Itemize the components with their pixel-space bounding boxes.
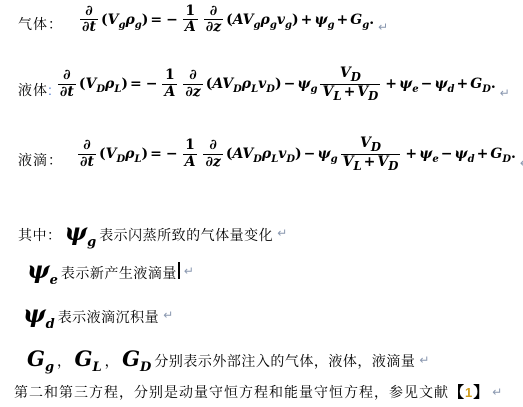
equation-label-liquid: 液体: [18, 80, 53, 102]
fraction-denominator: ∂z [183, 84, 202, 100]
math-subscript-glyph: L [333, 88, 341, 102]
equation-run: (Vgρg)=− [101, 12, 180, 28]
math-subscript: g [270, 20, 277, 31]
fraction: 1A [162, 68, 177, 100]
fraction-numerator: VD [338, 66, 363, 84]
paragraph-mark-icon: ↵ [419, 353, 429, 367]
math-subscript: D [502, 154, 511, 165]
fraction-numerator: ∂ [207, 138, 218, 153]
g-source-symbol: GL [75, 348, 102, 369]
math-variable: ρ [125, 12, 134, 28]
math-text: . [369, 12, 374, 28]
math-subscript: L [333, 88, 341, 102]
math-operator: + [364, 155, 376, 170]
fraction-numerator: 1 [183, 138, 197, 153]
math-operator: + [405, 146, 417, 162]
math-subscript: D [482, 84, 491, 95]
equation-label-colon: ： [48, 152, 63, 168]
math-text: ( [101, 12, 108, 28]
math-subscript-glyph: d [468, 154, 475, 165]
equation-label-text: 液体 [18, 82, 48, 98]
math-operator: + [477, 146, 489, 162]
math-variable: A [212, 76, 222, 92]
fraction-numerator: ∂ [208, 4, 219, 19]
gas-mass-equation: ∂∂t(Vgρg)=−1A∂∂z(AVgρgvg)+ψg+Gg. [77, 4, 374, 36]
math-subscript: D [286, 154, 295, 165]
math-variable: ψ [297, 76, 310, 92]
math-operator: − [146, 76, 158, 92]
math-operator: = [150, 146, 162, 162]
math-subscript: D [371, 140, 381, 154]
fraction: ∂∂z [203, 138, 222, 170]
droplet-mass-equation: ∂∂t(VDρL)=−1A∂∂z(AVDρLvD)−ψgVDVL+VD+ψe−ψ… [75, 136, 516, 172]
paragraph-mark-icon: ↵ [163, 308, 173, 322]
chinese-text: 第二和第三方程，分别是动量守恒方程和能量守恒方程，参见文献 [14, 382, 449, 402]
math-subscript-glyph: g [285, 20, 292, 31]
math-subscript: D [351, 70, 361, 84]
psi-symbol: ψd [23, 302, 55, 326]
math-operator: − [166, 12, 178, 28]
equation-run: (AVDρLvD)−ψg [226, 146, 338, 162]
chinese-text: 表示闪蒸所致的气体量变化 [99, 225, 273, 245]
math-operator: + [385, 76, 397, 92]
math-variable: ∂t [60, 84, 74, 100]
math-subscript-glyph: D [351, 70, 361, 84]
fraction-numerator: ∂ [83, 4, 94, 19]
math-variable: ψ [399, 76, 412, 92]
math-variable: ∂ [210, 3, 217, 19]
math-subscript-glyph: g [135, 20, 142, 31]
math-operator: + [301, 12, 313, 28]
math-text: ) [275, 76, 282, 92]
math-text: ( [226, 12, 233, 28]
math-operator: − [304, 146, 316, 162]
math-subscript-glyph: D [502, 154, 511, 165]
math-variable: V [242, 146, 253, 162]
math-operator: = [150, 12, 162, 28]
math-variable: V [222, 76, 233, 92]
math-text: . [511, 146, 516, 162]
psi-symbol: ψg [65, 220, 97, 244]
math-variable: A [233, 146, 243, 162]
math-variable: ∂t [82, 19, 96, 35]
math-subscript: g [310, 84, 317, 95]
math-subscript: D [368, 88, 378, 102]
math-operator: − [284, 76, 296, 92]
chinese-text: ， [57, 351, 72, 371]
math-variable: ψ [314, 12, 327, 28]
fraction-denominator: ∂z [204, 19, 223, 35]
fraction-numerator: ∂ [81, 138, 92, 153]
fraction-denominator: ∂t [58, 84, 76, 100]
math-subscript: g [331, 154, 338, 165]
fraction-denominator: A [183, 154, 198, 170]
math-variable: G [350, 12, 362, 28]
math-subscript: D [253, 154, 262, 165]
psi-symbol: ψe [27, 258, 58, 282]
math-variable: V [243, 12, 254, 28]
math-subscript-glyph: D [233, 84, 242, 95]
math-operator: + [457, 76, 469, 92]
math-text: ) [292, 12, 299, 28]
math-subscript: D [388, 158, 398, 172]
math-text: . [491, 76, 496, 92]
symbol-subscript: d [46, 317, 55, 332]
math-variable: ∂ [83, 137, 90, 153]
math-subscript: e [432, 154, 438, 165]
math-variable: V [108, 12, 119, 28]
math-subscript-glyph: D [116, 154, 125, 165]
g-source-symbol: GD [122, 348, 151, 369]
math-operator: − [166, 146, 178, 162]
math-variable: ψ [419, 146, 432, 162]
math-subscript-glyph: g [310, 84, 317, 95]
equation-run: (VDρL)=− [79, 76, 160, 92]
g-source-symbol: Gg [27, 348, 54, 369]
math-subscript: d [468, 154, 475, 165]
math-variable: V [106, 146, 117, 162]
math-variable: V [322, 84, 333, 100]
math-variable: G [470, 76, 482, 92]
math-operator: − [441, 146, 453, 162]
fraction-numerator: VD [358, 136, 383, 154]
math-variable: A [233, 12, 243, 28]
note-line-references[interactable]: 第二和第三方程，分别是动量守恒方程和能量守恒方程，参见文献【1】↵ [14, 381, 502, 402]
math-variable: V [360, 135, 371, 151]
equation-run: (AVgρgvg)+ψg+Gg. [226, 12, 374, 28]
math-text: ) [141, 146, 148, 162]
fraction-numerator: ∂ [187, 68, 198, 83]
math-subscript: D [116, 154, 125, 165]
liquid-mass-equation: ∂∂t(VDρL)=−1A∂∂z(AVDρLvD)−ψgVDVL+VD+ψe−ψ… [55, 66, 496, 102]
math-variable: ∂z [185, 84, 200, 100]
note-line-g-sources[interactable]: Gg，GL，GD分别表示外部注入的气体，液体，液滴量↵ [24, 348, 429, 371]
symbol-subscript: L [92, 360, 101, 375]
math-variable: ∂z [206, 19, 221, 35]
fraction-denominator: VL+VD [320, 84, 380, 103]
math-subscript-glyph: D [266, 84, 275, 95]
note-line-psi-d[interactable]: ψd表示液滴沉积量↵ [20, 302, 173, 327]
paragraph-mark-icon: ↵ [184, 264, 194, 278]
math-subscript: g [254, 20, 261, 31]
paragraph-mark-icon: ↵ [500, 86, 510, 102]
paragraph-mark-icon: ↵ [277, 226, 287, 240]
fraction-denominator: A [183, 19, 198, 35]
equation-label-droplet: 液滴： [18, 150, 63, 172]
equation-run: +ψe−ψd+GD. [403, 146, 515, 162]
math-subscript: g [285, 20, 292, 31]
equation-run: (AVDρLvD)−ψg [206, 76, 318, 92]
symbol-subscript: g [45, 360, 54, 375]
math-subscript: g [135, 20, 142, 31]
math-operator: + [337, 12, 349, 28]
chinese-text: 表示新产生液滴量 [61, 263, 177, 283]
fraction: ∂∂t [78, 138, 96, 170]
math-variable: V [357, 84, 368, 100]
note-line-psi-e[interactable]: ψe表示新产生液滴量↵ [24, 258, 194, 283]
equation-label-text: 气体 [18, 16, 48, 32]
math-subscript-glyph: D [286, 154, 295, 165]
fraction: VDVL+VD [341, 136, 401, 172]
math-subscript-glyph: D [96, 84, 105, 95]
fraction: ∂∂t [80, 4, 98, 36]
math-variable: V [340, 65, 351, 81]
math-variable: ∂ [189, 67, 196, 83]
math-variable: V [343, 154, 354, 170]
math-text: ) [121, 76, 128, 92]
math-variable: ψ [434, 76, 447, 92]
fraction: 1A [183, 4, 198, 36]
math-subscript: D [233, 84, 242, 95]
text-cursor [178, 262, 180, 279]
fraction-denominator: ∂t [80, 19, 98, 35]
fraction-denominator: ∂z [203, 154, 222, 170]
math-text: ) [295, 146, 302, 162]
chinese-text: 其中： [18, 225, 62, 245]
reference-number: 1 [465, 385, 472, 400]
symbol-subscript: D [140, 360, 151, 375]
math-variable: ∂ [85, 3, 92, 19]
math-subscript-glyph: g [328, 20, 335, 31]
math-operator: − [421, 76, 433, 92]
symbol-subscript: e [50, 273, 58, 288]
math-subscript-glyph: g [254, 20, 261, 31]
math-text: ( [99, 146, 106, 162]
math-operator: + [344, 85, 356, 100]
equation-label-text: 液滴 [18, 152, 48, 168]
fraction-numerator: 1 [183, 4, 197, 19]
math-subscript-glyph: D [253, 154, 262, 165]
chinese-text: ， [105, 351, 120, 371]
equation-label-colon: ： [48, 16, 63, 32]
math-text: ) [142, 12, 149, 28]
paragraph-mark-icon: ↵ [492, 385, 502, 399]
symbol-subscript: g [87, 235, 96, 250]
fraction-denominator: A [162, 84, 177, 100]
reference-bracket: 】 [473, 381, 488, 402]
equation-line-gas[interactable]: 气体： ∂∂t(Vgρg)=−1A∂∂z(AVgρgvg)+ψg+Gg. ↵ [18, 4, 388, 36]
math-subscript-glyph: D [368, 88, 378, 102]
math-variable: A [164, 84, 175, 100]
math-variable: ρ [105, 76, 114, 92]
math-operator: = [130, 76, 142, 92]
math-subscript: L [353, 158, 361, 172]
math-subscript: e [412, 84, 418, 95]
math-variable: ψ [317, 146, 330, 162]
fraction: ∂∂z [204, 4, 223, 36]
math-subscript-glyph: g [270, 20, 277, 31]
fraction-denominator: ∂t [78, 154, 96, 170]
math-subscript-glyph: D [388, 158, 398, 172]
equation-label-colon: : [48, 82, 53, 98]
math-variable: ρ [261, 12, 270, 28]
math-subscript-glyph: L [353, 158, 361, 172]
math-variable: v [277, 12, 285, 28]
math-subscript-glyph: e [412, 84, 418, 95]
math-subscript-glyph: D [482, 84, 491, 95]
equation-run: +ψe−ψd+GD. [383, 76, 495, 92]
equation-run: (VDρL)=− [99, 146, 180, 162]
math-subscript: d [448, 84, 455, 95]
chinese-text: 表示液滴沉积量 [58, 307, 160, 327]
fraction-denominator: VL+VD [341, 154, 401, 173]
equation-line-liquid[interactable]: 液体: ∂∂t(VDρL)=−1A∂∂z(AVDρLvD)−ψgVDVL+VD+… [18, 66, 510, 102]
math-variable: ρ [262, 146, 271, 162]
word-document-page[interactable]: 气体： ∂∂t(Vgρg)=−1A∂∂z(AVgρgvg)+ψg+Gg. ↵ 液… [0, 0, 523, 407]
math-subscript: D [96, 84, 105, 95]
math-subscript-glyph: g [331, 154, 338, 165]
math-variable: ∂z [205, 154, 220, 170]
math-text: 1 [185, 137, 195, 153]
math-text: 1 [165, 67, 175, 83]
fraction: 1A [183, 138, 198, 170]
math-variable: ∂ [63, 67, 70, 83]
math-subscript: g [328, 20, 335, 31]
chinese-text: 分别表示外部注入的气体，液体，液滴量 [154, 351, 415, 371]
note-line-psi-g[interactable]: 其中：ψg表示闪蒸所致的气体量变化↵ [18, 220, 287, 245]
math-subscript-glyph: D [371, 140, 381, 154]
math-text: ( [226, 146, 233, 162]
fraction: ∂∂z [183, 68, 202, 100]
math-subscript: D [266, 84, 275, 95]
equation-line-droplet[interactable]: 液滴： ∂∂t(VDρL)=−1A∂∂z(AVDρLvD)−ψgVDVL+VD+… [18, 136, 523, 172]
math-variable: ψ [454, 146, 467, 162]
math-text: 1 [185, 3, 195, 19]
math-variable: V [85, 76, 96, 92]
math-variable: V [377, 154, 388, 170]
reference-bracket: 【 [449, 381, 464, 402]
math-variable: G [490, 146, 502, 162]
math-subscript-glyph: e [432, 154, 438, 165]
math-variable: ρ [242, 76, 251, 92]
math-variable: ∂t [80, 154, 94, 170]
math-variable: A [185, 19, 196, 35]
paragraph-mark-icon: ↵ [378, 20, 388, 36]
fraction: ∂∂t [58, 68, 76, 100]
fraction: VDVL+VD [320, 66, 380, 102]
math-variable: A [185, 154, 196, 170]
fraction-numerator: ∂ [61, 68, 72, 83]
fraction-numerator: 1 [163, 68, 177, 83]
math-variable: ∂ [209, 137, 216, 153]
equation-label-gas: 气体： [18, 14, 63, 36]
math-subscript-glyph: d [448, 84, 455, 95]
